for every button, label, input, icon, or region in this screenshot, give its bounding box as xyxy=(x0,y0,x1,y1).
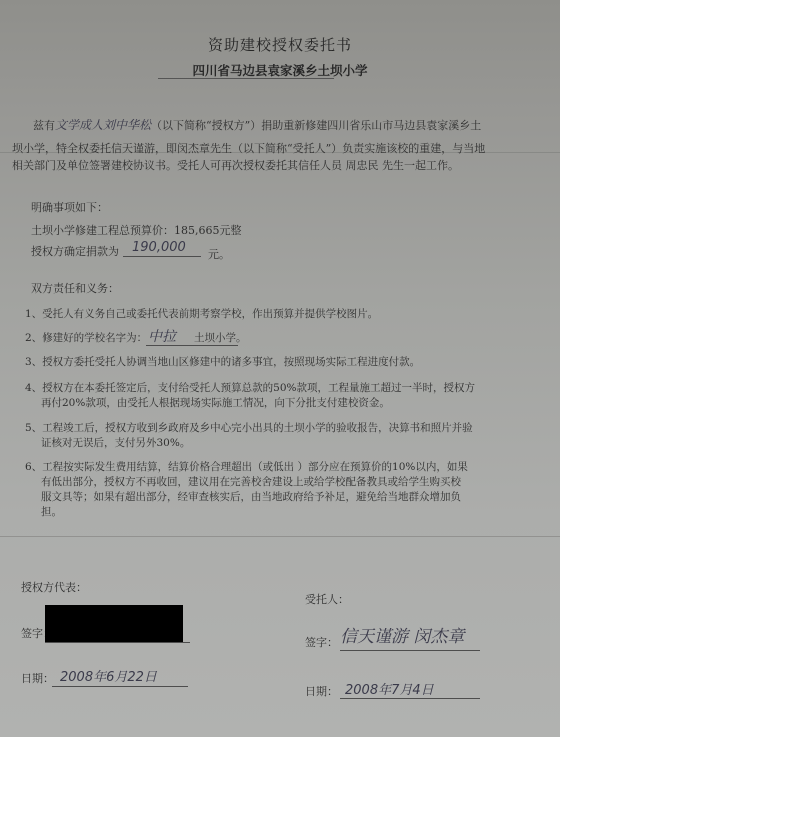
trustee-sign-underline xyxy=(340,650,480,651)
handwritten-school-prefix: 中拉 xyxy=(148,326,176,346)
donation-value: 190,000 xyxy=(132,240,186,255)
trustee-signature: 信天谨游 闵杰章 xyxy=(340,622,464,647)
paper-fold xyxy=(0,536,560,537)
duty-item-3: 3、授权方委托受托人协调当地山区修建中的诸多事宜，按照现场实际工程进度付款。 xyxy=(25,355,420,370)
donation-label: 授权方确定捐款为 xyxy=(31,243,119,259)
duty-item-4: 4、授权方在本委托签定后，支付给受托人预算总款的50%款项，工程量施工超过一半时… xyxy=(25,381,475,411)
school-name-underline xyxy=(146,345,238,346)
trustee-date-label: 日期： xyxy=(305,683,338,699)
grantor-date-value: 2008年6月22日 xyxy=(60,666,157,685)
intro-line-1: 兹有文学成人刘中华松（以下简称“授权方”）捐助重新修建四川省乐山市马边县袁家溪乡… xyxy=(33,116,481,133)
trustee-sign-label: 签字： xyxy=(305,634,338,650)
school-name: 土坝小学。 xyxy=(194,331,247,346)
trustee-date-underline xyxy=(340,698,480,699)
intro-line1-rest: （以下简称“授权方”）捐助重新修建四川省乐山市马边县袁家溪乡土 xyxy=(151,119,481,132)
grantor-date-underline xyxy=(52,686,188,687)
handwritten-donor: 文学成人刘中华松 xyxy=(55,118,151,132)
donation-underline xyxy=(123,256,201,257)
duty-item-2: 2、修建好的学校名字为： xyxy=(25,331,147,346)
intro-prefix: 兹有 xyxy=(33,119,55,132)
donation-unit: 元。 xyxy=(208,246,230,262)
duties-heading: 双方责任和义务： xyxy=(31,280,119,296)
budget-line: 土坝小学修建工程总预算价：185,665元整 xyxy=(31,222,242,238)
duty-item-6: 6、工程按实际发生费用结算，结算价格合理超出（或低出 ）部分应在预算价的10%以… xyxy=(25,460,468,520)
terms-heading: 明确事项如下： xyxy=(31,199,108,215)
grantor-label: 授权方代表： xyxy=(21,579,87,595)
duty-item-1: 1、受托人有义务自己或委托代表前期考察学校，作出预算并提供学校图片。 xyxy=(25,307,378,322)
document-page: 资助建校授权委托书 四川省马边县袁家溪乡土坝小学 兹有文学成人刘中华松（以下简称… xyxy=(0,0,560,737)
trustee-label: 受托人： xyxy=(305,591,349,607)
document-title: 资助建校授权委托书 xyxy=(0,34,560,55)
grantor-date-label: 日期： xyxy=(21,670,54,686)
subtitle-underline xyxy=(158,78,334,79)
document-subtitle: 四川省马边县袁家溪乡土坝小学 xyxy=(0,61,560,79)
trustee-date-value: 2008年7月4日 xyxy=(345,679,434,698)
duty-item-5: 5、工程竣工后，授权方收到乡政府及乡中心完小出具的土坝小学的验收报告，决算书和照… xyxy=(25,421,473,451)
intro-line-2: 坝小学，特全权委托信天谨游，即闵杰章先生（以下简称“受托人”）负责实施该校的重建… xyxy=(12,140,485,156)
grantor-signature-redacted xyxy=(45,605,183,643)
grantor-sign-underline xyxy=(45,642,190,643)
intro-line-3: 相关部门及单位签署建校协议书。受托人可再次授权委托其信任人员 周忠民 先生一起工… xyxy=(12,157,459,173)
